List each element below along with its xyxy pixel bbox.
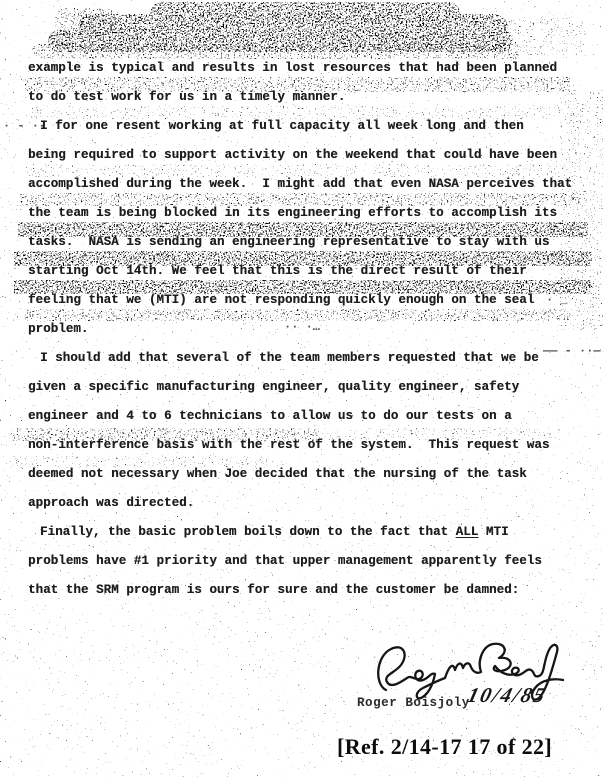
text-line: starting Oct 14th. We feel that this is …: [28, 265, 527, 278]
text-line: given a specific manufacturing engineer,…: [28, 381, 519, 394]
text-line: the team is being blocked in its enginee…: [28, 207, 557, 220]
text-line: problems have #1 priority and that upper…: [28, 555, 542, 568]
reference-citation: [Ref. 2/14-17 17 of 22]: [337, 734, 552, 760]
scan-mark: · _: [546, 294, 568, 306]
memo-page: example is typical and results in lost r…: [0, 0, 603, 777]
text-line: tasks. NASA is sending an engineering re…: [28, 236, 549, 249]
text-line: that the SRM program is ours for sure an…: [28, 584, 519, 597]
text-line: non-interference basis with the rest of …: [28, 439, 549, 452]
text-line: deemed not necessary when Joe decided th…: [28, 468, 527, 481]
text-line: being required to support activity on th…: [28, 149, 557, 162]
text-line: feeling that we (MTI) are not responding…: [28, 294, 534, 307]
text-line: approach was directed.: [28, 497, 194, 510]
text-line: to do test work for us in a timely manne…: [28, 91, 345, 104]
signature-date: 10/4/85: [465, 683, 549, 708]
text-line: accomplished during the week. I might ad…: [28, 178, 572, 191]
text-line: example is typical and results in lost r…: [28, 62, 557, 75]
text-line: I should add that several of the team me…: [40, 352, 539, 365]
text-line: Finally, the basic problem boils down to…: [40, 526, 509, 539]
scan-mark: ·· ·…: [284, 321, 320, 333]
text-line: engineer and 4 to 6 technicians to allow…: [28, 410, 512, 423]
scan-mark: —— - ··—: [543, 345, 601, 357]
text-line: problem.: [28, 323, 88, 336]
signature-typed-name: Roger Boisjoly: [357, 696, 470, 710]
scan-mark: · - ·-: [3, 120, 46, 132]
text-line: I for one resent working at full capacit…: [40, 120, 524, 133]
